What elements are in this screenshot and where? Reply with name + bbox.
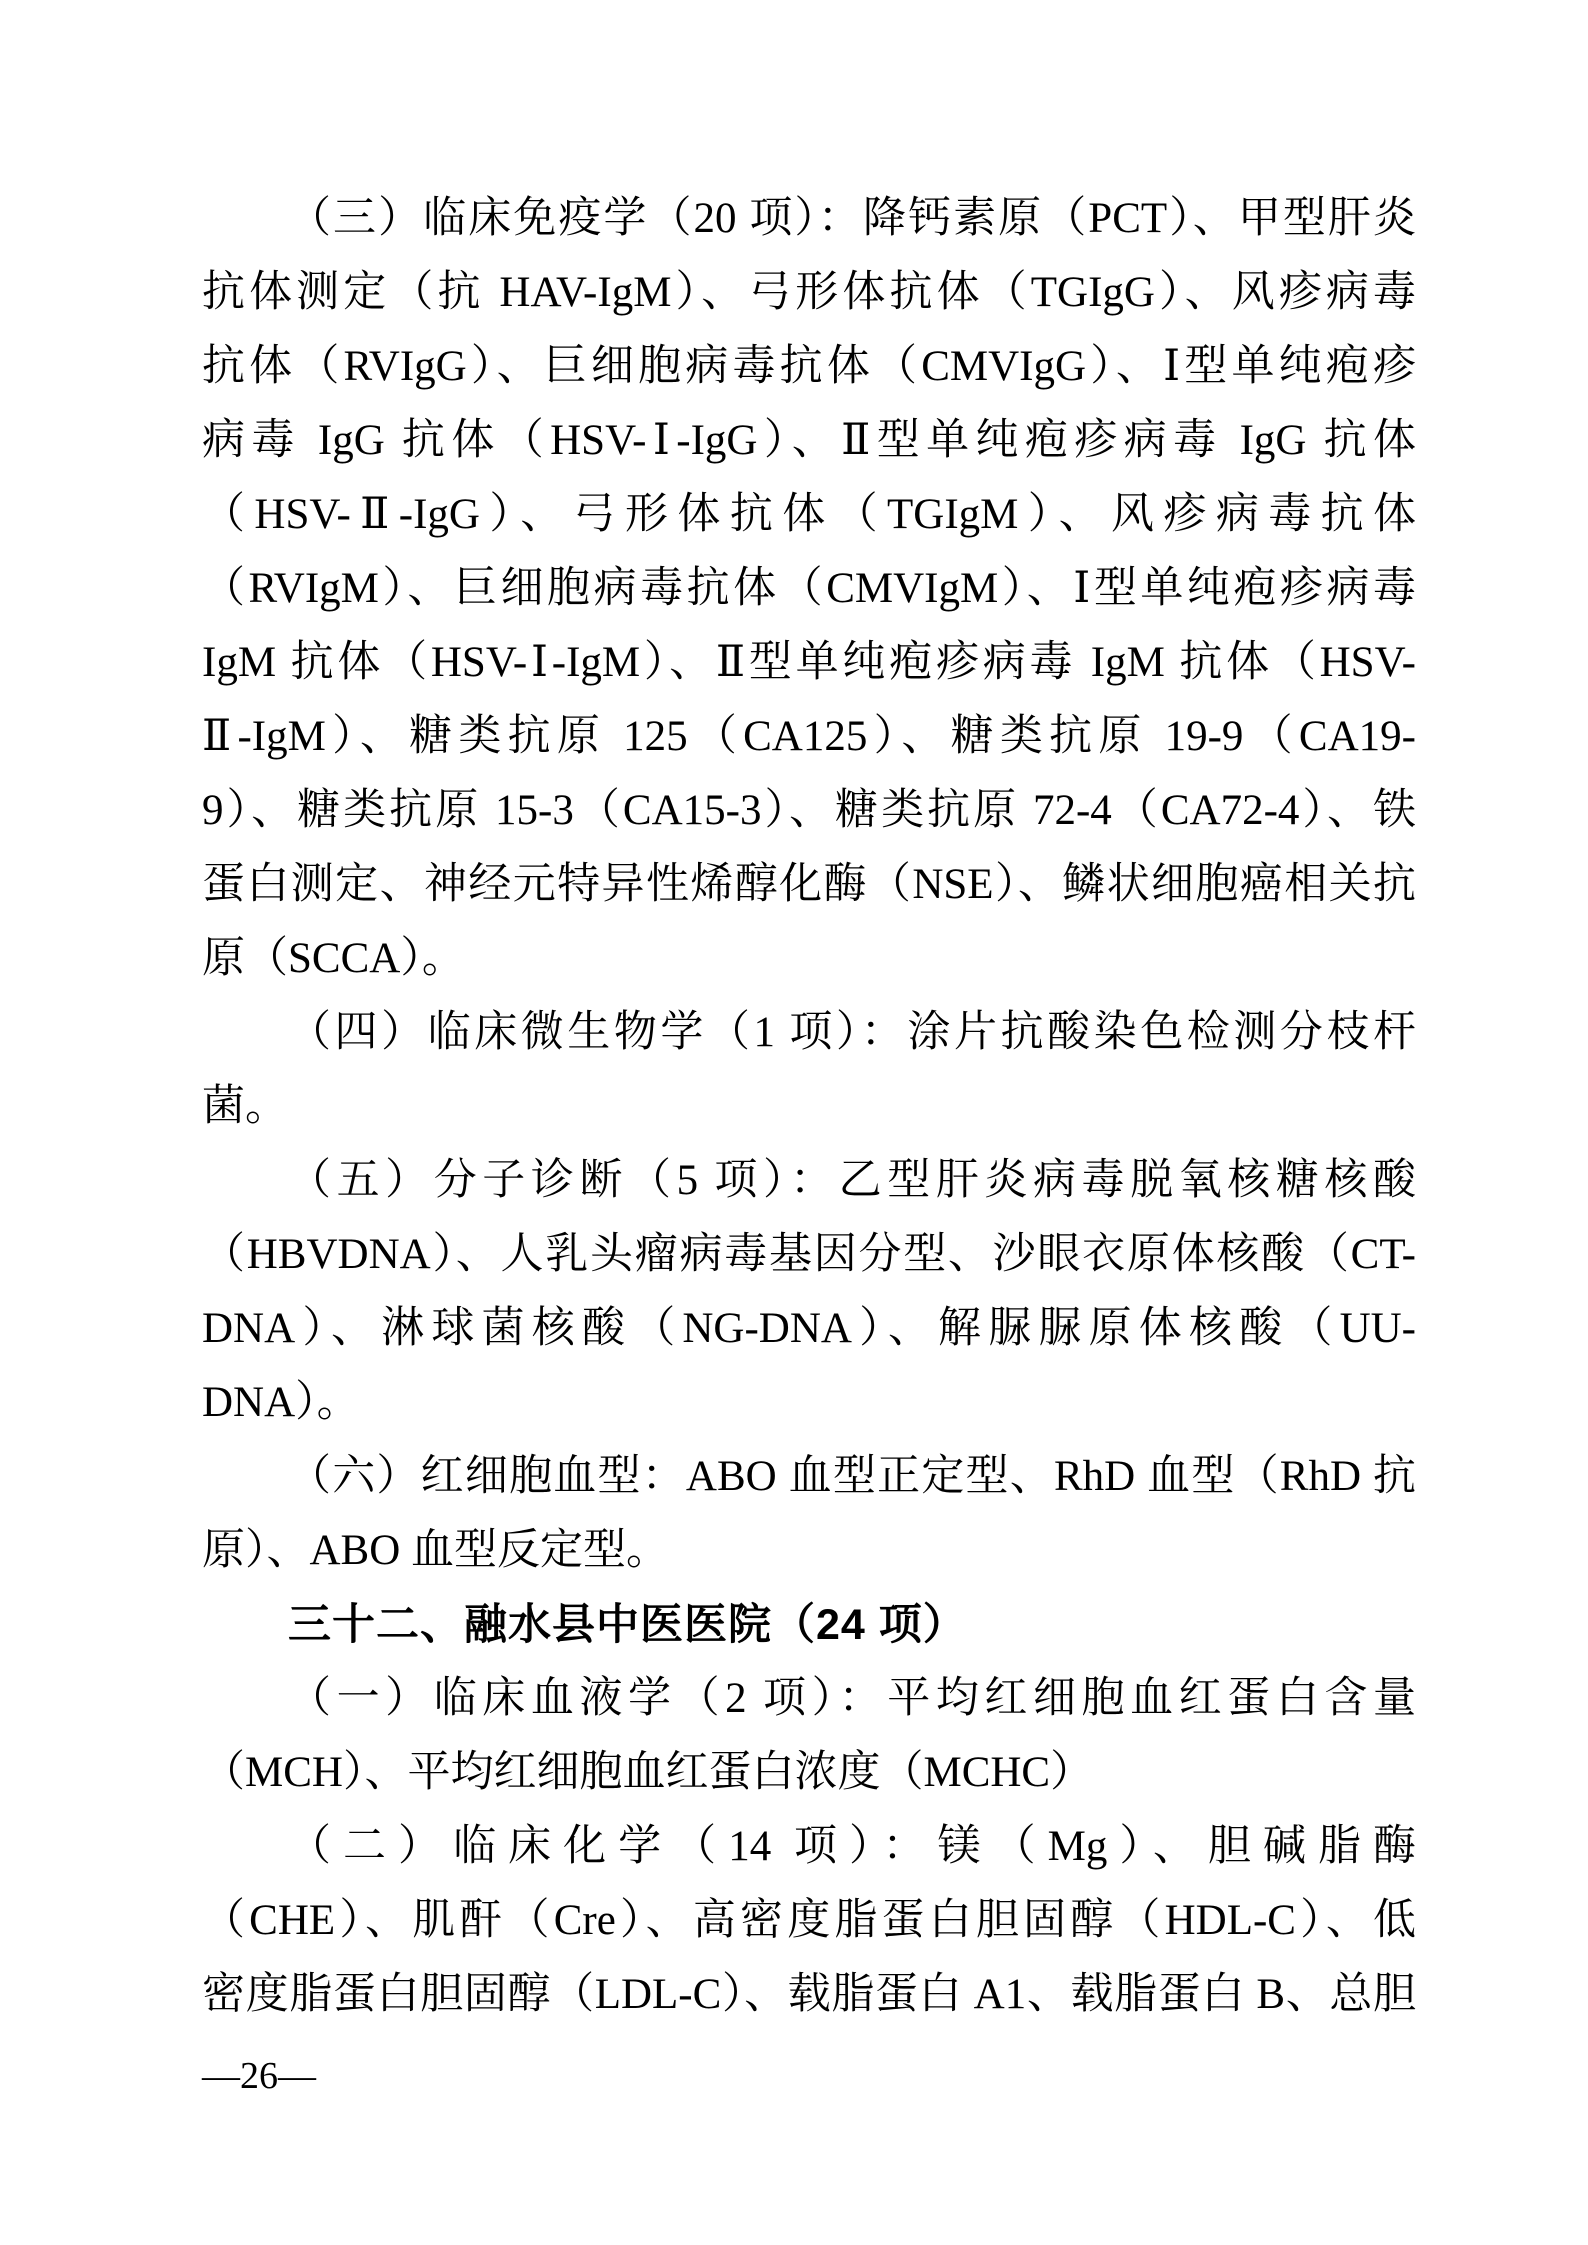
text-line: DNA）。 [202, 1366, 1416, 1440]
text-line: （HSV-Ⅱ-IgG）、弓形体抗体（TGIgM）、风疹病毒抗体 [202, 478, 1416, 552]
text-line: 原）、ABO 血型反定型。 [202, 1514, 1416, 1588]
page-number: —26— [202, 2054, 316, 2098]
document-page: （三）临床免疫学（20 项）：降钙素原（PCT）、甲型肝炎抗体测定（抗 HAV-… [0, 0, 1588, 2245]
text-line: （MCH）、平均红细胞血红蛋白浓度（MCHC） [202, 1736, 1416, 1810]
text-line: Ⅱ-IgM）、糖类抗原 125（CA125）、糖类抗原 19-9（CA19- [202, 700, 1416, 774]
text-line: DNA）、淋球菌核酸（NG-DNA）、解脲脲原体核酸（UU- [202, 1292, 1416, 1366]
text-line: （四）临床微生物学（1 项）：涂片抗酸染色检测分枝杆 [202, 996, 1416, 1070]
text-line: （六）红细胞血型：ABO 血型正定型、RhD 血型（RhD 抗 [202, 1440, 1416, 1514]
text-line: （CHE）、肌酐（Cre）、高密度脂蛋白胆固醇（HDL-C）、低 [202, 1884, 1416, 1958]
text-line: （一）临床血液学（2 项）：平均红细胞血红蛋白含量 [202, 1662, 1416, 1736]
text-line: 抗体测定（抗 HAV-IgM）、弓形体抗体（TGIgG）、风疹病毒 [202, 256, 1416, 330]
text-line: 蛋白测定、神经元特异性烯醇化酶（NSE）、鳞状细胞癌相关抗 [202, 848, 1416, 922]
text-line: 抗体（RVIgG）、巨细胞病毒抗体（CMVIgG）、Ⅰ型单纯疱疹 [202, 330, 1416, 404]
section-heading: 三十二、融水县中医医院（24 项） [202, 1588, 1416, 1662]
text-line: 菌。 [202, 1070, 1416, 1144]
document-body: （三）临床免疫学（20 项）：降钙素原（PCT）、甲型肝炎抗体测定（抗 HAV-… [202, 182, 1416, 2032]
text-line: （HBVDNA）、人乳头瘤病毒基因分型、沙眼衣原体核酸（CT- [202, 1218, 1416, 1292]
text-line: （五）分子诊断（5 项）：乙型肝炎病毒脱氧核糖核酸 [202, 1144, 1416, 1218]
text-line: IgM 抗体（HSV-Ⅰ-IgM）、Ⅱ型单纯疱疹病毒 IgM 抗体（HSV- [202, 626, 1416, 700]
text-line: 密度脂蛋白胆固醇（LDL-C）、载脂蛋白 A1、载脂蛋白 B、总胆 [202, 1958, 1416, 2032]
text-line: （RVIgM）、巨细胞病毒抗体（CMVIgM）、Ⅰ型单纯疱疹病毒 [202, 552, 1416, 626]
text-line: （二）临床化学（14 项）：镁（Mg）、胆碱脂酶 [202, 1810, 1416, 1884]
text-line: 病毒 IgG 抗体（HSV-Ⅰ-IgG）、Ⅱ型单纯疱疹病毒 IgG 抗体 [202, 404, 1416, 478]
text-line: 9）、糖类抗原 15-3（CA15-3）、糖类抗原 72-4（CA72-4）、铁 [202, 774, 1416, 848]
text-line: 原（SCCA）。 [202, 922, 1416, 996]
text-line: （三）临床免疫学（20 项）：降钙素原（PCT）、甲型肝炎 [202, 182, 1416, 256]
